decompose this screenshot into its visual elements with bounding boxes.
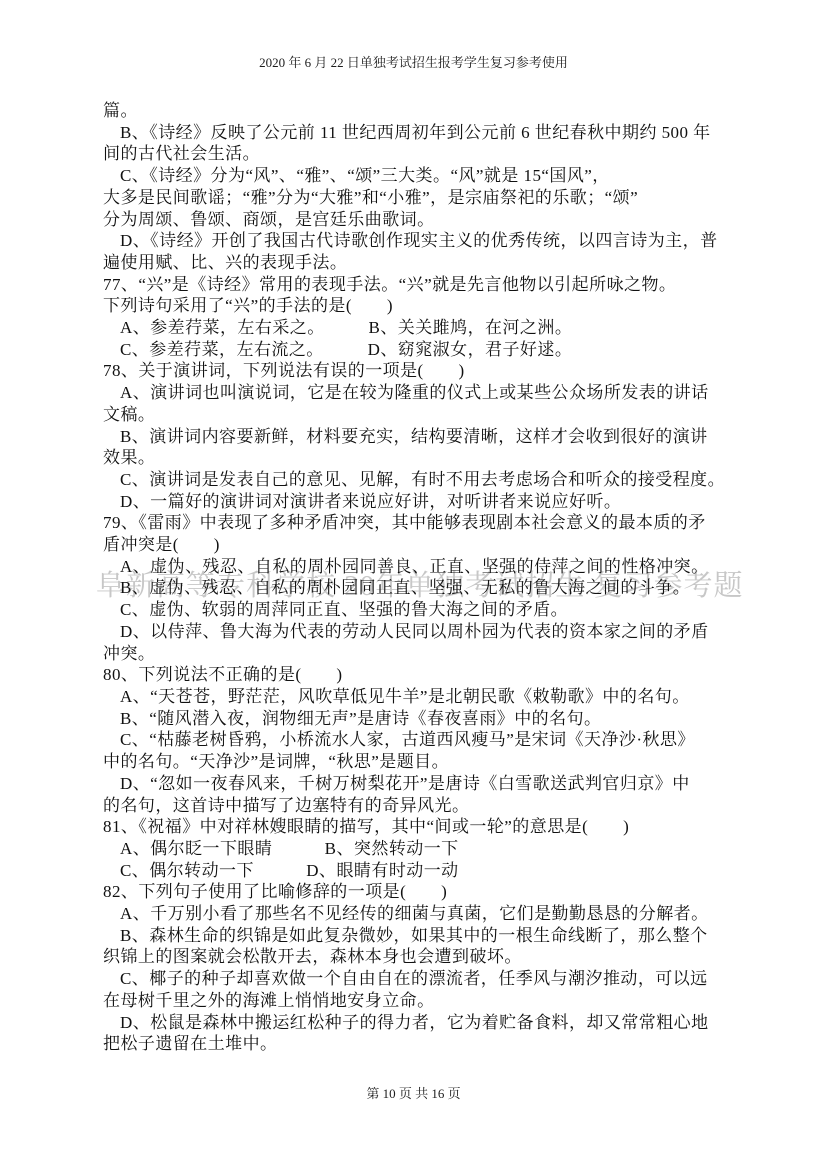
page-header-title: 2020 年 6 月 22 日单独考试招生报考学生复习参考使用 — [0, 55, 827, 71]
text-line: A、虚伪、残忍、自私的周朴园同善良、正直、坚强的侍萍之间的性格冲突。 — [103, 556, 730, 578]
text-line: B、“随风潜入夜，润物细无声”是唐诗《春夜喜雨》中的名句。 — [103, 708, 730, 730]
text-line: C、偶尔转动一下 D、眼睛有时动一动 — [103, 860, 730, 882]
text-line: B、演讲词内容要新鲜，材料要充实，结构要清晰，这样才会收到很好的演讲 — [103, 426, 730, 448]
text-line: A、“天苍苍，野茫茫，风吹草低见牛羊”是北朝民歌《敕勒歌》中的名句。 — [103, 686, 730, 708]
text-line: 80、下列说法不正确的是( ) — [103, 664, 730, 686]
text-line: 把松子遗留在土堆中。 — [103, 1033, 730, 1055]
text-line: 文稿。 — [103, 404, 730, 426]
text-line: 冲突。 — [103, 643, 730, 665]
text-line: B、虚伪、残忍、自私的周朴园同正直、坚强、无私的鲁大海之间的斗争。 — [103, 577, 730, 599]
text-line: 大多是民间歌谣；“雅”分为“大雅”和“小雅”，是宗庙祭祀的乐歌；“颂” — [103, 187, 730, 209]
text-line: D、“忽如一夜春风来，千树万树梨花开”是唐诗《白雪歌送武判官归京》中 — [103, 773, 730, 795]
text-line: 78、关于演讲词，下列说法有误的一项是( ) — [103, 360, 730, 382]
exam-document-page: 2020 年 6 月 22 日单独考试招生报考学生复习参考使用 阜新高等专科学校… — [0, 0, 827, 1169]
text-line: 效果。 — [103, 447, 730, 469]
text-line: 77、“兴”是《诗经》常用的表现手法。“兴”就是先言他物以引起所咏之物。 — [103, 274, 730, 296]
text-line: B、森林生命的织锦是如此复杂微妙，如果其中的一根生命线断了，那么整个 — [103, 925, 730, 947]
text-line: C、椰子的种子却喜欢做一个自由自在的漂流者，任季风与潮汐推动，可以远 — [103, 968, 730, 990]
text-line: D、《诗经》开创了我国古代诗歌创作现实主义的优秀传统，以四言诗为主，普 — [103, 230, 730, 252]
text-line: C、参差荇菜，左右流之。 D、窈窕淑女，君子好逑。 — [103, 339, 730, 361]
text-line: D、以侍萍、鲁大海为代表的劳动人民同以周朴园为代表的资本家之间的矛盾 — [103, 621, 730, 643]
text-line: A、演讲词也叫演说词，它是在较为隆重的仪式上或某些公众场所发表的讲话 — [103, 382, 730, 404]
text-line: 的名句，这首诗中描写了边塞特有的奇异风光。 — [103, 795, 730, 817]
text-line: 82、下列句子使用了比喻修辞的一项是( ) — [103, 881, 730, 903]
text-line: 分为周颂、鲁颂、商颂，是宫廷乐曲歌词。 — [103, 209, 730, 231]
text-line: C、“枯藤老树昏鸦，小桥流水人家，古道西风瘦马”是宋词《天净沙·秋思》 — [103, 729, 730, 751]
text-line: C、演讲词是发表自己的意见、见解，有时不用去考虑场合和听众的接受程度。 — [103, 469, 730, 491]
text-line: B、《诗经》反映了公元前 11 世纪西周初年到公元前 6 世纪春秋中期约 500… — [103, 122, 730, 144]
text-line: C、虚伪、软弱的周萍同正直、坚强的鲁大海之间的矛盾。 — [103, 599, 730, 621]
text-line: 遍使用赋、比、兴的表现手法。 — [103, 252, 730, 274]
text-line: 在母树千里之外的海滩上悄悄地安身立命。 — [103, 990, 730, 1012]
text-line: 篇。 — [103, 100, 730, 122]
text-line: 中的名句。“天净沙”是词牌，“秋思”是题目。 — [103, 751, 730, 773]
text-line: 织锦上的图案就会松散开去，森林本身也会遭到破坏。 — [103, 946, 730, 968]
text-line: 盾冲突是( ) — [103, 534, 730, 556]
text-line: 下列诗句采用了“兴”的手法的是( ) — [103, 295, 730, 317]
text-line: 79、《雷雨》中表现了多种矛盾冲突，其中能够表现剧本社会意义的最本质的矛 — [103, 512, 730, 534]
text-line: A、偶尔眨一下眼睛 B、突然转动一下 — [103, 838, 730, 860]
text-line: D、松鼠是森林中搬运红松种子的得力者，它为着贮备食料，却又常常粗心地 — [103, 1012, 730, 1034]
text-line: C、《诗经》分为“风”、“雅”、“颂”三大类。“风”就是 15“国风”， — [103, 165, 730, 187]
text-line: A、千万别小看了那些名不见经传的细菌与真菌，它们是勤勤恳恳的分解者。 — [103, 903, 730, 925]
text-line: D、一篇好的演讲词对演讲者来说应好讲，对听讲者来说应好听。 — [103, 491, 730, 513]
page-number-footer: 第 10 页 共 16 页 — [0, 1086, 827, 1102]
exam-body-text: 篇。B、《诗经》反映了公元前 11 世纪西周初年到公元前 6 世纪春秋中期约 5… — [103, 100, 730, 1055]
text-line: A、参差荇菜，左右采之。 B、关关雎鸠，在河之洲。 — [103, 317, 730, 339]
text-line: 间的古代社会生活。 — [103, 143, 730, 165]
text-line: 81、《祝福》中对祥林嫂眼睛的描写，其中“间或一轮”的意思是( ) — [103, 816, 730, 838]
